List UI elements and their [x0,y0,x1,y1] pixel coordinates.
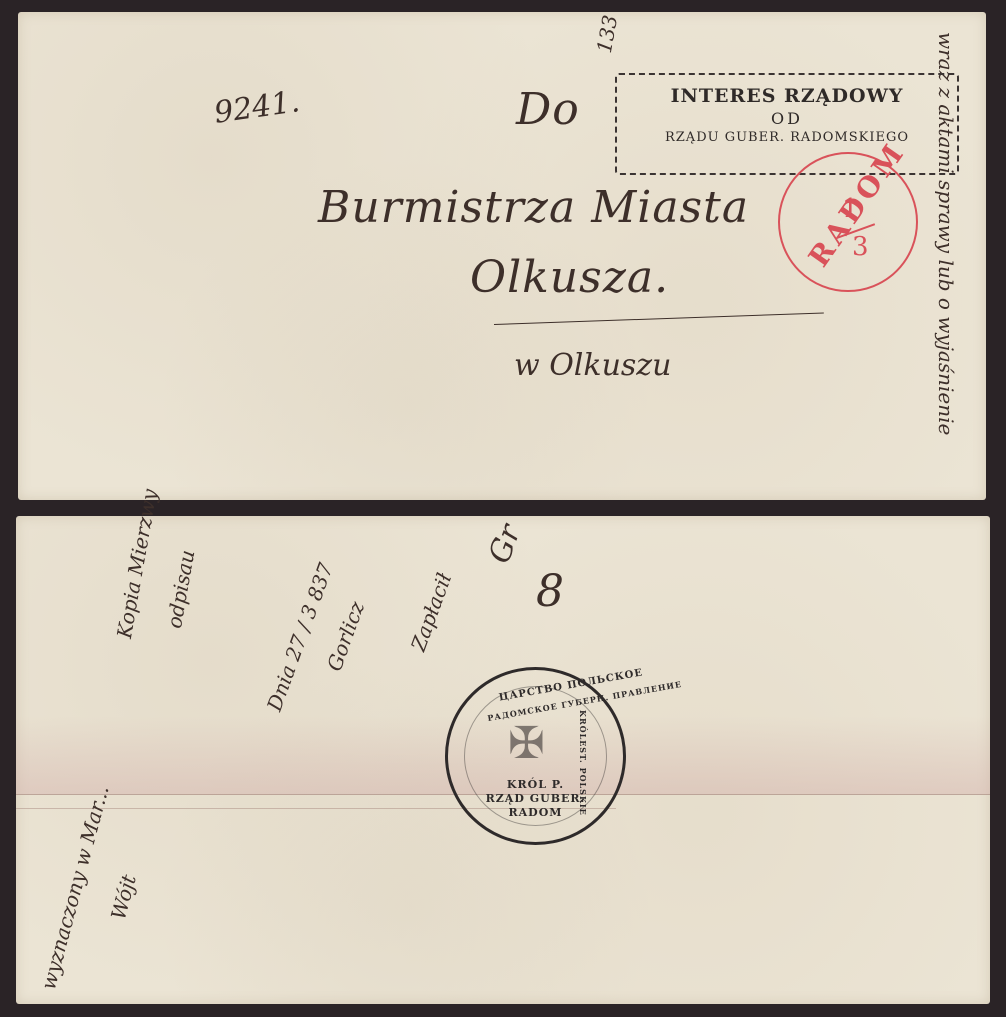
address-recipient: Burmistrza Miasta [318,182,749,233]
back-note-name: Gorlicz [322,598,369,674]
back-note-rate: 8 [536,566,565,617]
back-note-gr: Gr [482,520,528,568]
underline [494,312,824,325]
seal-bottom-3: RADOM [448,806,623,819]
address-town: Olkusza. [470,252,669,303]
letter-front: 9241. 133 Do Burmistrza Miasta Olkusza. … [18,12,986,500]
postmark-day: 1 [842,194,859,224]
back-note-date: Dnia 27 / 3 837 [262,560,338,715]
back-note-wojt: Wójt [106,872,141,922]
address-destination: w Olkuszu [514,348,671,383]
eagle-emblem-icon: ✠ [508,718,545,769]
docket-number: 9241. [212,84,302,131]
government-seal: ЦАРСТВО ПОЛЬСКОЕ РАДОМСКОЕ ГУБЕРН. ПРАВЛ… [445,667,626,845]
salutation: Do [516,84,580,135]
back-note-written: odpisau [162,548,199,630]
stamp-line-3: RZĄDU GUBER. RADOMSKIEGO [617,130,957,145]
radom-postmark: RADOM 1 3 [778,152,918,292]
back-note-copy: Kopia Mierzwy [112,487,162,640]
top-note: 133 [592,13,622,55]
stamp-line-2: OD [617,109,957,128]
letter-back: Kopia Mierzwy odpisau Dnia 27 / 3 837 Go… [16,516,990,1004]
seal-bottom-1: KRÓL P. [448,778,623,791]
back-note-appointed: wyznaczony w Mar... [36,783,114,992]
stamp-line-1: INTERES RZĄDOWY [617,85,957,107]
back-note-paid: Zapłacił [406,570,456,654]
postmark-month: 3 [852,232,869,262]
seal-bottom-2: RZĄD GUBER. [448,792,623,805]
